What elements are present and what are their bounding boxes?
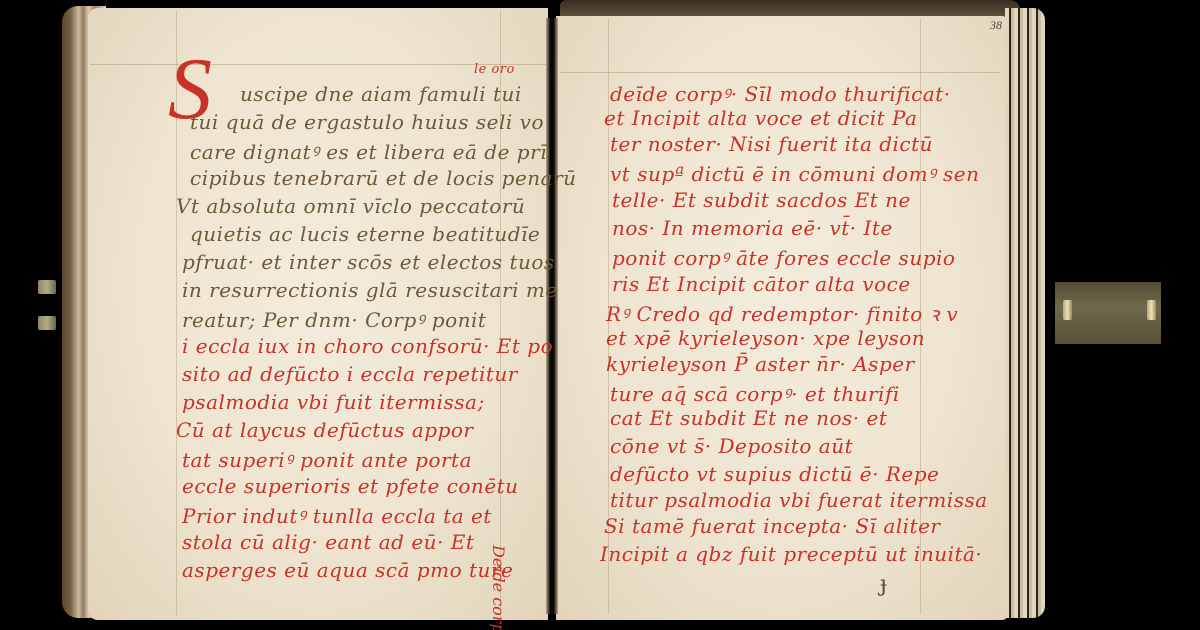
text-line: stola cū alig· eant ad eū· Et xyxy=(182,530,474,554)
marginal-note: le oro xyxy=(474,62,515,77)
text-line: pfruat· et inter scōs et electos tuos xyxy=(182,250,555,274)
text-line: ponit corpꝰ āte fores eccle supio xyxy=(612,244,955,271)
text-line: uscipe dne aiam famuli tui xyxy=(240,82,522,106)
text-line: asperges eū aqua scā pmo ture xyxy=(182,558,513,582)
text-line: ture aq̄ scā corpꝰ· et thurifi xyxy=(610,380,900,407)
text-line: tui quā de ergastulo huius seli vo xyxy=(190,110,544,134)
text-line: sito ad defūcto i eccla repetitur xyxy=(182,362,518,386)
text-line: Vt absoluta omnī vīclo peccatorū xyxy=(176,194,525,218)
text-line: Rꝰ Credo qd redemptor· finito ꝛ v xyxy=(606,300,958,327)
text-line: quietis ac lucis eterne beatitudīe xyxy=(190,222,540,246)
gutter xyxy=(546,18,558,614)
catchword: Deīde corp xyxy=(489,545,508,630)
text-line: cōne vt s̄· Deposito aūt xyxy=(610,434,853,458)
text-line: ter noster· Nisi fuerit ita dictū xyxy=(610,132,933,156)
text-line: defūcto vt supius dictū ē· Repe xyxy=(610,462,939,486)
text-line: reatur; Per dnm· Corpꝰ ponit xyxy=(182,306,486,333)
left-clasp xyxy=(38,280,60,332)
right-clasp xyxy=(1055,282,1161,344)
top-rule-right xyxy=(560,72,1000,73)
clasp-tab-bottom xyxy=(38,316,56,330)
clasp-rivet-left xyxy=(1063,300,1072,320)
right-page-edges xyxy=(1005,8,1045,618)
text-line: psalmodia vbi fuit itermissa; xyxy=(182,390,485,414)
text-line: care dignatꝰ es et libera eā de prī xyxy=(190,138,547,165)
text-line: in resurrectionis glā resuscitari me xyxy=(182,278,558,302)
text-line: titur psalmodia vbi fuerat itermissa xyxy=(610,488,988,512)
text-line: Prior indutꝰ tunlla eccla ta et xyxy=(182,502,492,529)
clasp-rivet-right xyxy=(1147,300,1156,320)
text-line: i eccla iux in choro confsorū· Et po xyxy=(182,334,553,358)
text-line: et xpē kyrieleyson· xpe leyson xyxy=(606,326,925,350)
text-line: telle· Et subdit sacdos Et ne xyxy=(612,188,911,212)
clasp-tab-top xyxy=(38,280,56,294)
text-line: et Incipit alta voce et dicit Pa xyxy=(604,106,917,130)
folio-number: 38 xyxy=(990,18,1002,33)
text-line: ris Et Incipit cātor alta voce xyxy=(612,272,911,296)
text-line: eccle superioris et pfete conētu xyxy=(182,474,519,498)
text-line: kyrieleyson P̄ aster n̄r· Asper xyxy=(606,352,915,376)
text-line: Cū at laycus defūctus appor xyxy=(176,418,473,442)
text-line: vt supª dictū ē in cōmuni domꝰ sen xyxy=(610,160,980,187)
text-line: Incipit a qbz fuit preceptū ut inuitā· xyxy=(600,542,982,566)
text-line: Si tamē fuerat incepta· Sī aliter xyxy=(604,514,940,538)
text-line: deīde corpꝰ· Sīl modo thurificat· xyxy=(610,80,951,107)
bottom-mark: ɟ xyxy=(880,572,887,597)
text-line: nos· In memoria eē· vt̄· Ite xyxy=(612,216,893,240)
text-line: tat superiꝰ ponit ante porta xyxy=(182,446,472,473)
text-line: cat Et subdit Et ne nos· et xyxy=(610,406,887,430)
text-line: cipibus tenebrarū et de locis penarū xyxy=(190,166,577,190)
